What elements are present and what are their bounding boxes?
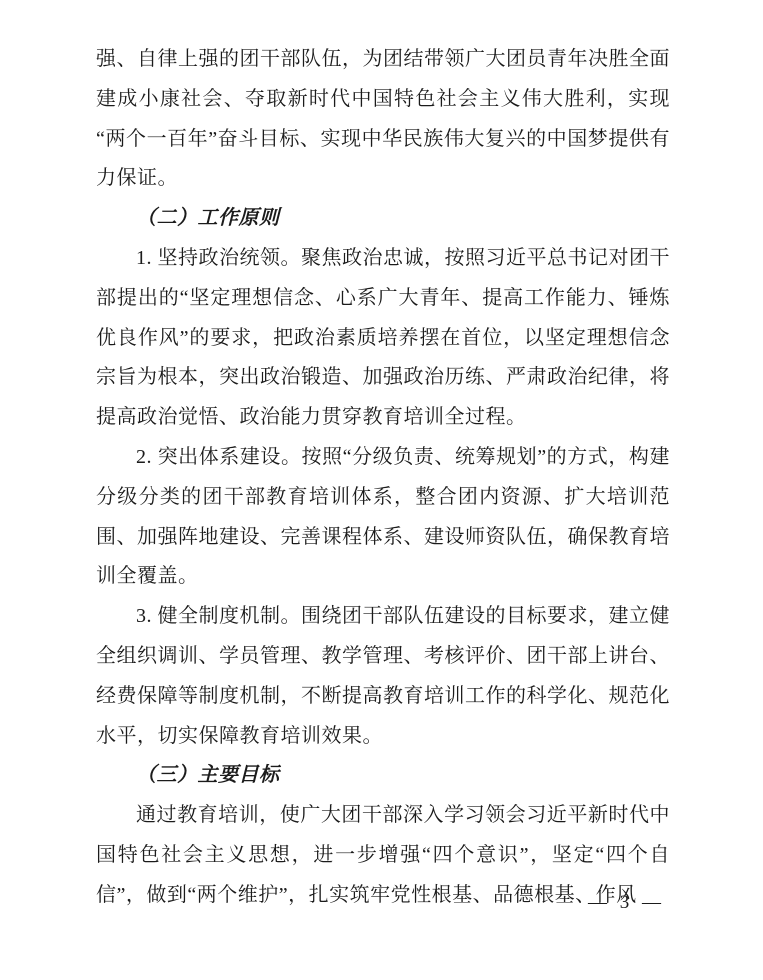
paragraph-item-2: 2. 突出体系建设。按照“分级负责、统筹规划”的方式，构建分级分类的团干部教育培… [96,438,670,597]
paragraph-item-3: 3. 健全制度机制。围绕团干部队伍建设的目标要求，建立健全组织调训、学员管理、教… [96,597,670,756]
paragraph-continuation: 强、自律上强的团干部队伍，为团结带领广大团员青年决胜全面建成小康社会、夺取新时代… [96,40,670,199]
paragraph-item-1: 1. 坚持政治统领。聚焦政治忠诚，按照习近平总书记对团干部提出的“坚定理想信念、… [96,239,670,438]
section-heading-main-goals: （三）主要目标 [96,756,670,796]
section-heading-work-principles: （二）工作原则 [96,199,670,239]
document-text-block: 强、自律上强的团干部队伍，为团结带领广大团员青年决胜全面建成小康社会、夺取新时代… [96,40,670,916]
document-page: 强、自律上强的团干部队伍，为团结带领广大团员青年决胜全面建成小康社会、夺取新时代… [0,0,763,980]
page-number: — 3 — [588,892,665,914]
paragraph-goals: 通过教育培训，使广大团干部深入学习领会习近平新时代中国特色社会主义思想，进一步增… [96,796,670,915]
